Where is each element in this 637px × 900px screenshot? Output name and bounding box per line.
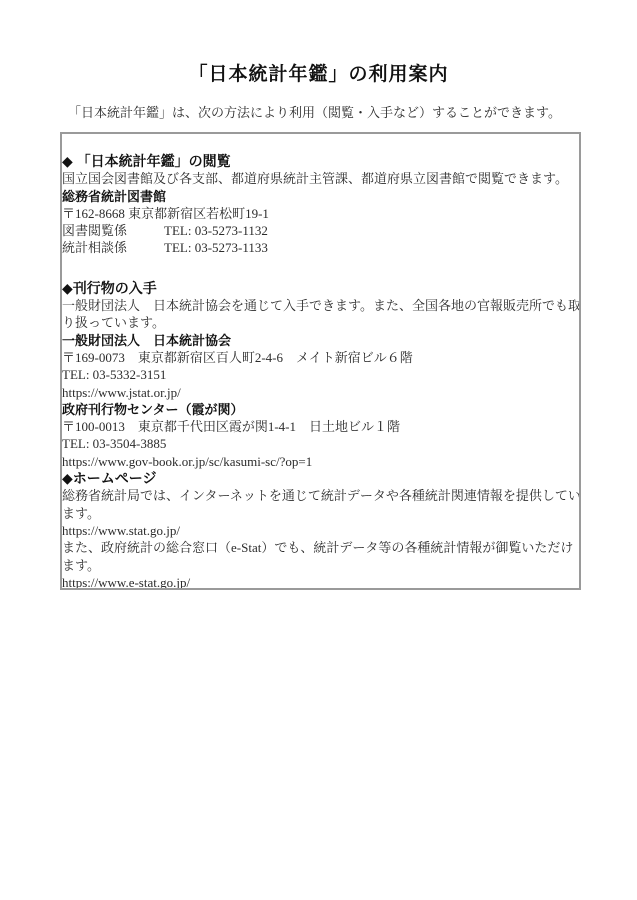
viewing-description: 国立国会図書館及び各支部、都道府県統計主管課、都道府県立図書館で閲覧できます。	[62, 170, 579, 187]
homepage-url: https://www.stat.go.jp/	[62, 522, 579, 539]
vendor-url: https://www.gov-book.or.jp/sc/kasumi-sc/…	[62, 453, 579, 470]
contact-label: 図書閲覧係	[62, 223, 127, 238]
vendor-url: https://www.jstat.or.jp/	[62, 384, 579, 401]
intro-text: 「日本統計年鑑」は、次の方法により利用（閲覧・入手など）することができます。	[68, 104, 637, 121]
vendor-address: 〒169-0073 東京都新宿区百人町2-4-6 メイト新宿ビル６階	[62, 349, 579, 366]
section-homepage: ◆ホームページ 総務省統計局では、インターネットを通じて統計データや各種統計関連…	[62, 470, 579, 590]
vendor-name: 政府刊行物センター（霞が関）	[62, 401, 579, 418]
contact-row: 図書閲覧係TEL: 03-5273-1132	[62, 222, 579, 239]
section-homepage-heading: ◆ホームページ	[62, 470, 579, 487]
facility-address: 〒162-8668 東京都新宿区若松町19-1	[62, 205, 579, 222]
section-viewing-heading: ◆ 「日本統計年鑑」の閲覧	[62, 153, 579, 170]
document-page: 「日本統計年鑑」の利用案内 「日本統計年鑑」は、次の方法により利用（閲覧・入手な…	[0, 0, 637, 900]
homepage-paragraph-line: 総務省統計局では、インターネットを通じて統計データや各種統計関連情報を提供してい	[62, 487, 579, 504]
contact-tel: TEL: 03-5273-1132	[164, 223, 268, 238]
contact-label: 統計相談係	[62, 240, 127, 255]
homepage-paragraph-line: ます。	[62, 505, 579, 522]
page-title: 「日本統計年鑑」の利用案内	[0, 62, 637, 88]
homepage-paragraph-line: また、政府統計の総合窓口（e-Stat）でも、統計データ等の各種統計情報が御覧い…	[62, 539, 579, 556]
homepage-paragraph-line: ます。	[62, 557, 579, 574]
contact-row: 統計相談係TEL: 03-5273-1133	[62, 239, 579, 256]
homepage-url: https://www.e-stat.go.jp/	[62, 574, 579, 590]
section-purchase: ◆刊行物の入手 一般財団法人 日本統計協会を通じて入手できます。また、全国各地の…	[62, 280, 579, 470]
purchase-description-line: り扱っています。	[62, 314, 579, 331]
info-box: ◆ 「日本統計年鑑」の閲覧 国立国会図書館及び各支部、都道府県統計主管課、都道府…	[60, 132, 581, 590]
purchase-description-line: 一般財団法人 日本統計協会を通じて入手できます。また、全国各地の官報販売所でも取	[62, 297, 579, 314]
section-viewing: ◆ 「日本統計年鑑」の閲覧 国立国会図書館及び各支部、都道府県統計主管課、都道府…	[62, 153, 579, 257]
contact-tel: TEL: 03-5273-1133	[164, 240, 268, 255]
section-purchase-heading: ◆刊行物の入手	[62, 280, 579, 297]
facility-name: 総務省統計図書館	[62, 188, 579, 205]
vendor-name: 一般財団法人 日本統計協会	[62, 332, 579, 349]
vendor-tel: TEL: 03-3504-3885	[62, 435, 579, 452]
vendor-address: 〒100-0013 東京都千代田区霞が関1-4-1 日土地ビル１階	[62, 418, 579, 435]
vendor-tel: TEL: 03-5332-3151	[62, 366, 579, 383]
